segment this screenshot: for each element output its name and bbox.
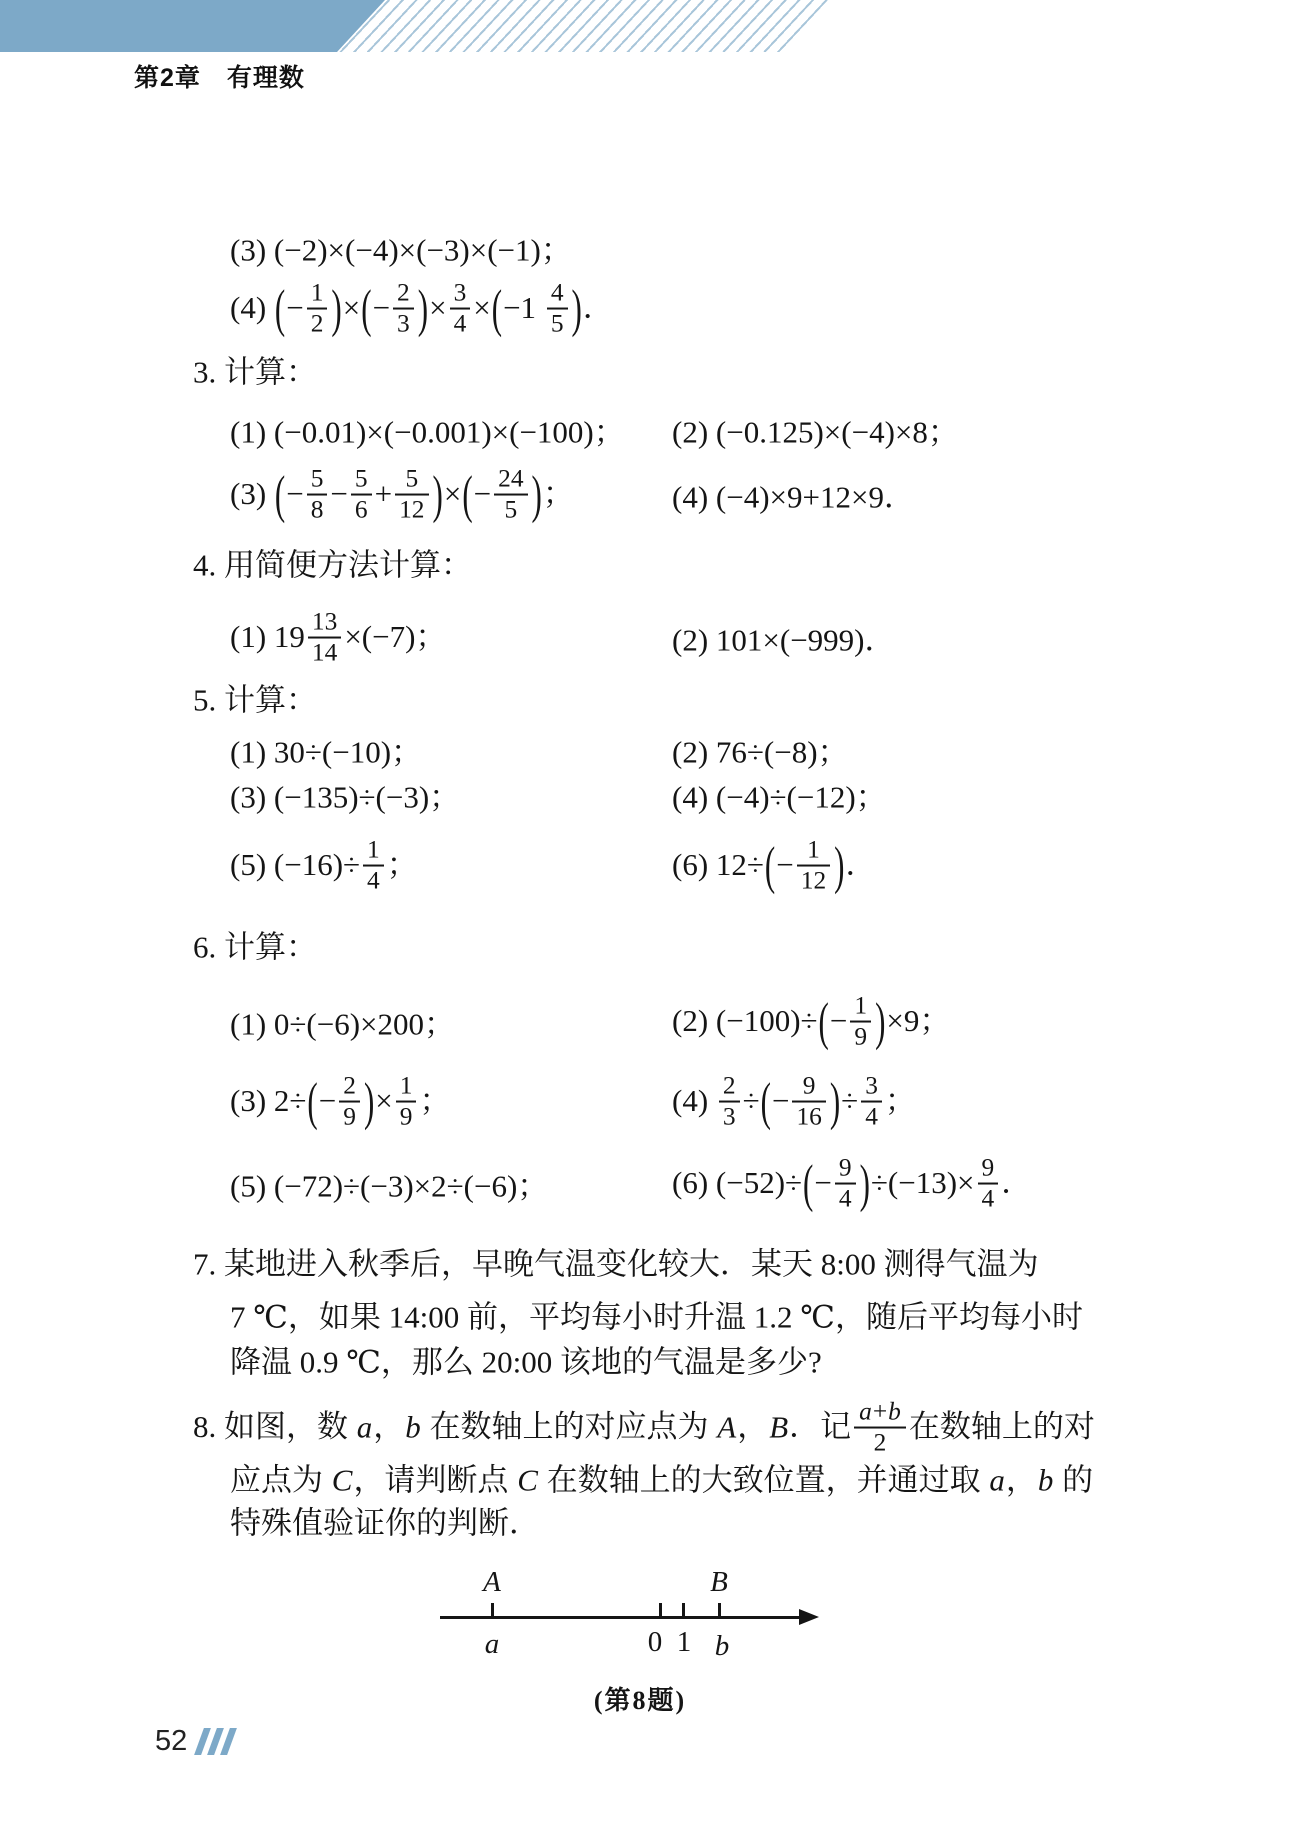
footer-slashes-icon (199, 1728, 238, 1755)
tick-zero (659, 1603, 662, 1616)
one-label: 1 (677, 1626, 692, 1659)
arrow-right-icon (799, 1609, 819, 1625)
math-line-16: (5) (−16)÷14； (230, 839, 418, 898)
chapter-title: 第2章 有理数 (134, 58, 305, 94)
math-line-1: (3) (−2)×(−4)×(−3)×(−1)； (230, 231, 572, 268)
math-line-17: (6) 12÷(−112)． (672, 839, 876, 898)
math-line-27: 降温 0.9 ℃，那么 20:00 该地的气温是多少? (230, 1343, 822, 1380)
math-line-14: (3) (−135)÷(−3)； (230, 778, 460, 815)
math-line-29: 应点为 C，请判断点 C 在数轴上的大致位置，并通过取 a，b 的 (230, 1461, 1093, 1498)
tick-a (491, 1603, 494, 1616)
math-line-19: (1) 0÷(−6)×200； (230, 1005, 455, 1042)
math-line-23: (5) (−72)÷(−3)×2÷(−6)； (230, 1167, 548, 1204)
math-line-8: 4. 用简便方法计算： (193, 546, 472, 583)
point-a-label: A (483, 1566, 501, 1599)
value-b-label: b (715, 1630, 730, 1663)
math-line-7: (4) (−4)×9+12×9． (672, 478, 915, 515)
zero-label: 0 (648, 1626, 663, 1659)
math-line-18: 6. 计算： (193, 928, 317, 965)
page-number: 52 (155, 1725, 187, 1758)
math-line-6: (3) (−58−56+512)×(−245)； (230, 468, 574, 527)
math-line-13: (2) 76÷(−8)； (672, 733, 849, 770)
math-line-12: (1) 30÷(−10)； (230, 733, 422, 770)
math-line-20: (2) (−100)÷(−19)×9； (672, 995, 950, 1054)
tick-b (718, 1603, 721, 1616)
math-line-4: (1) (−0.01)×(−0.001)×(−100)； (230, 413, 625, 450)
math-line-25: 7. 某地进入秋季后，早晚气温变化较大．某天 8:00 测得气温为 (193, 1245, 1039, 1282)
header-band (0, 0, 385, 52)
math-line-3: 3. 计算： (193, 353, 317, 390)
math-line-22: (4) 23÷(−916)÷34； (672, 1075, 916, 1134)
math-line-26: 7 ℃，如果 14:00 前，平均每小时升温 1.2 ℃，随后平均每小时 (230, 1298, 1083, 1335)
math-line-30: 特殊值验证你的判断． (230, 1504, 540, 1541)
header-stripes (333, 0, 845, 52)
math-line-24: (6) (−52)÷(−94)÷(−13)×94． (672, 1157, 1032, 1216)
page-footer: 52 (155, 1725, 238, 1758)
figure-caption: (第8题) (594, 1680, 686, 1717)
math-line-10: (2) 101×(−999)． (672, 621, 896, 658)
number-line-axis (440, 1616, 802, 1619)
math-line-2: (4) (−12)×(−23)×34×(−1 45)． (230, 282, 614, 341)
point-b-label: B (710, 1566, 728, 1599)
tick-one (682, 1603, 685, 1616)
math-line-11: 5. 计算： (193, 681, 317, 718)
math-line-21: (3) 2÷(−29)×19； (230, 1075, 450, 1134)
textbook-page: { "header": { "chapter_label": "第2章 有理数"… (0, 0, 1311, 1842)
value-a-label: a (485, 1628, 500, 1661)
math-line-5: (2) (−0.125)×(−4)×8； (672, 413, 959, 450)
math-line-15: (4) (−4)÷(−12)； (672, 778, 887, 815)
math-line-28: 8. 如图，数 a，b 在数轴上的对应点为 A，B．记a+b2在数轴上的对 (193, 1401, 1095, 1460)
math-line-9: (1) 191314×(−7)； (230, 611, 446, 670)
